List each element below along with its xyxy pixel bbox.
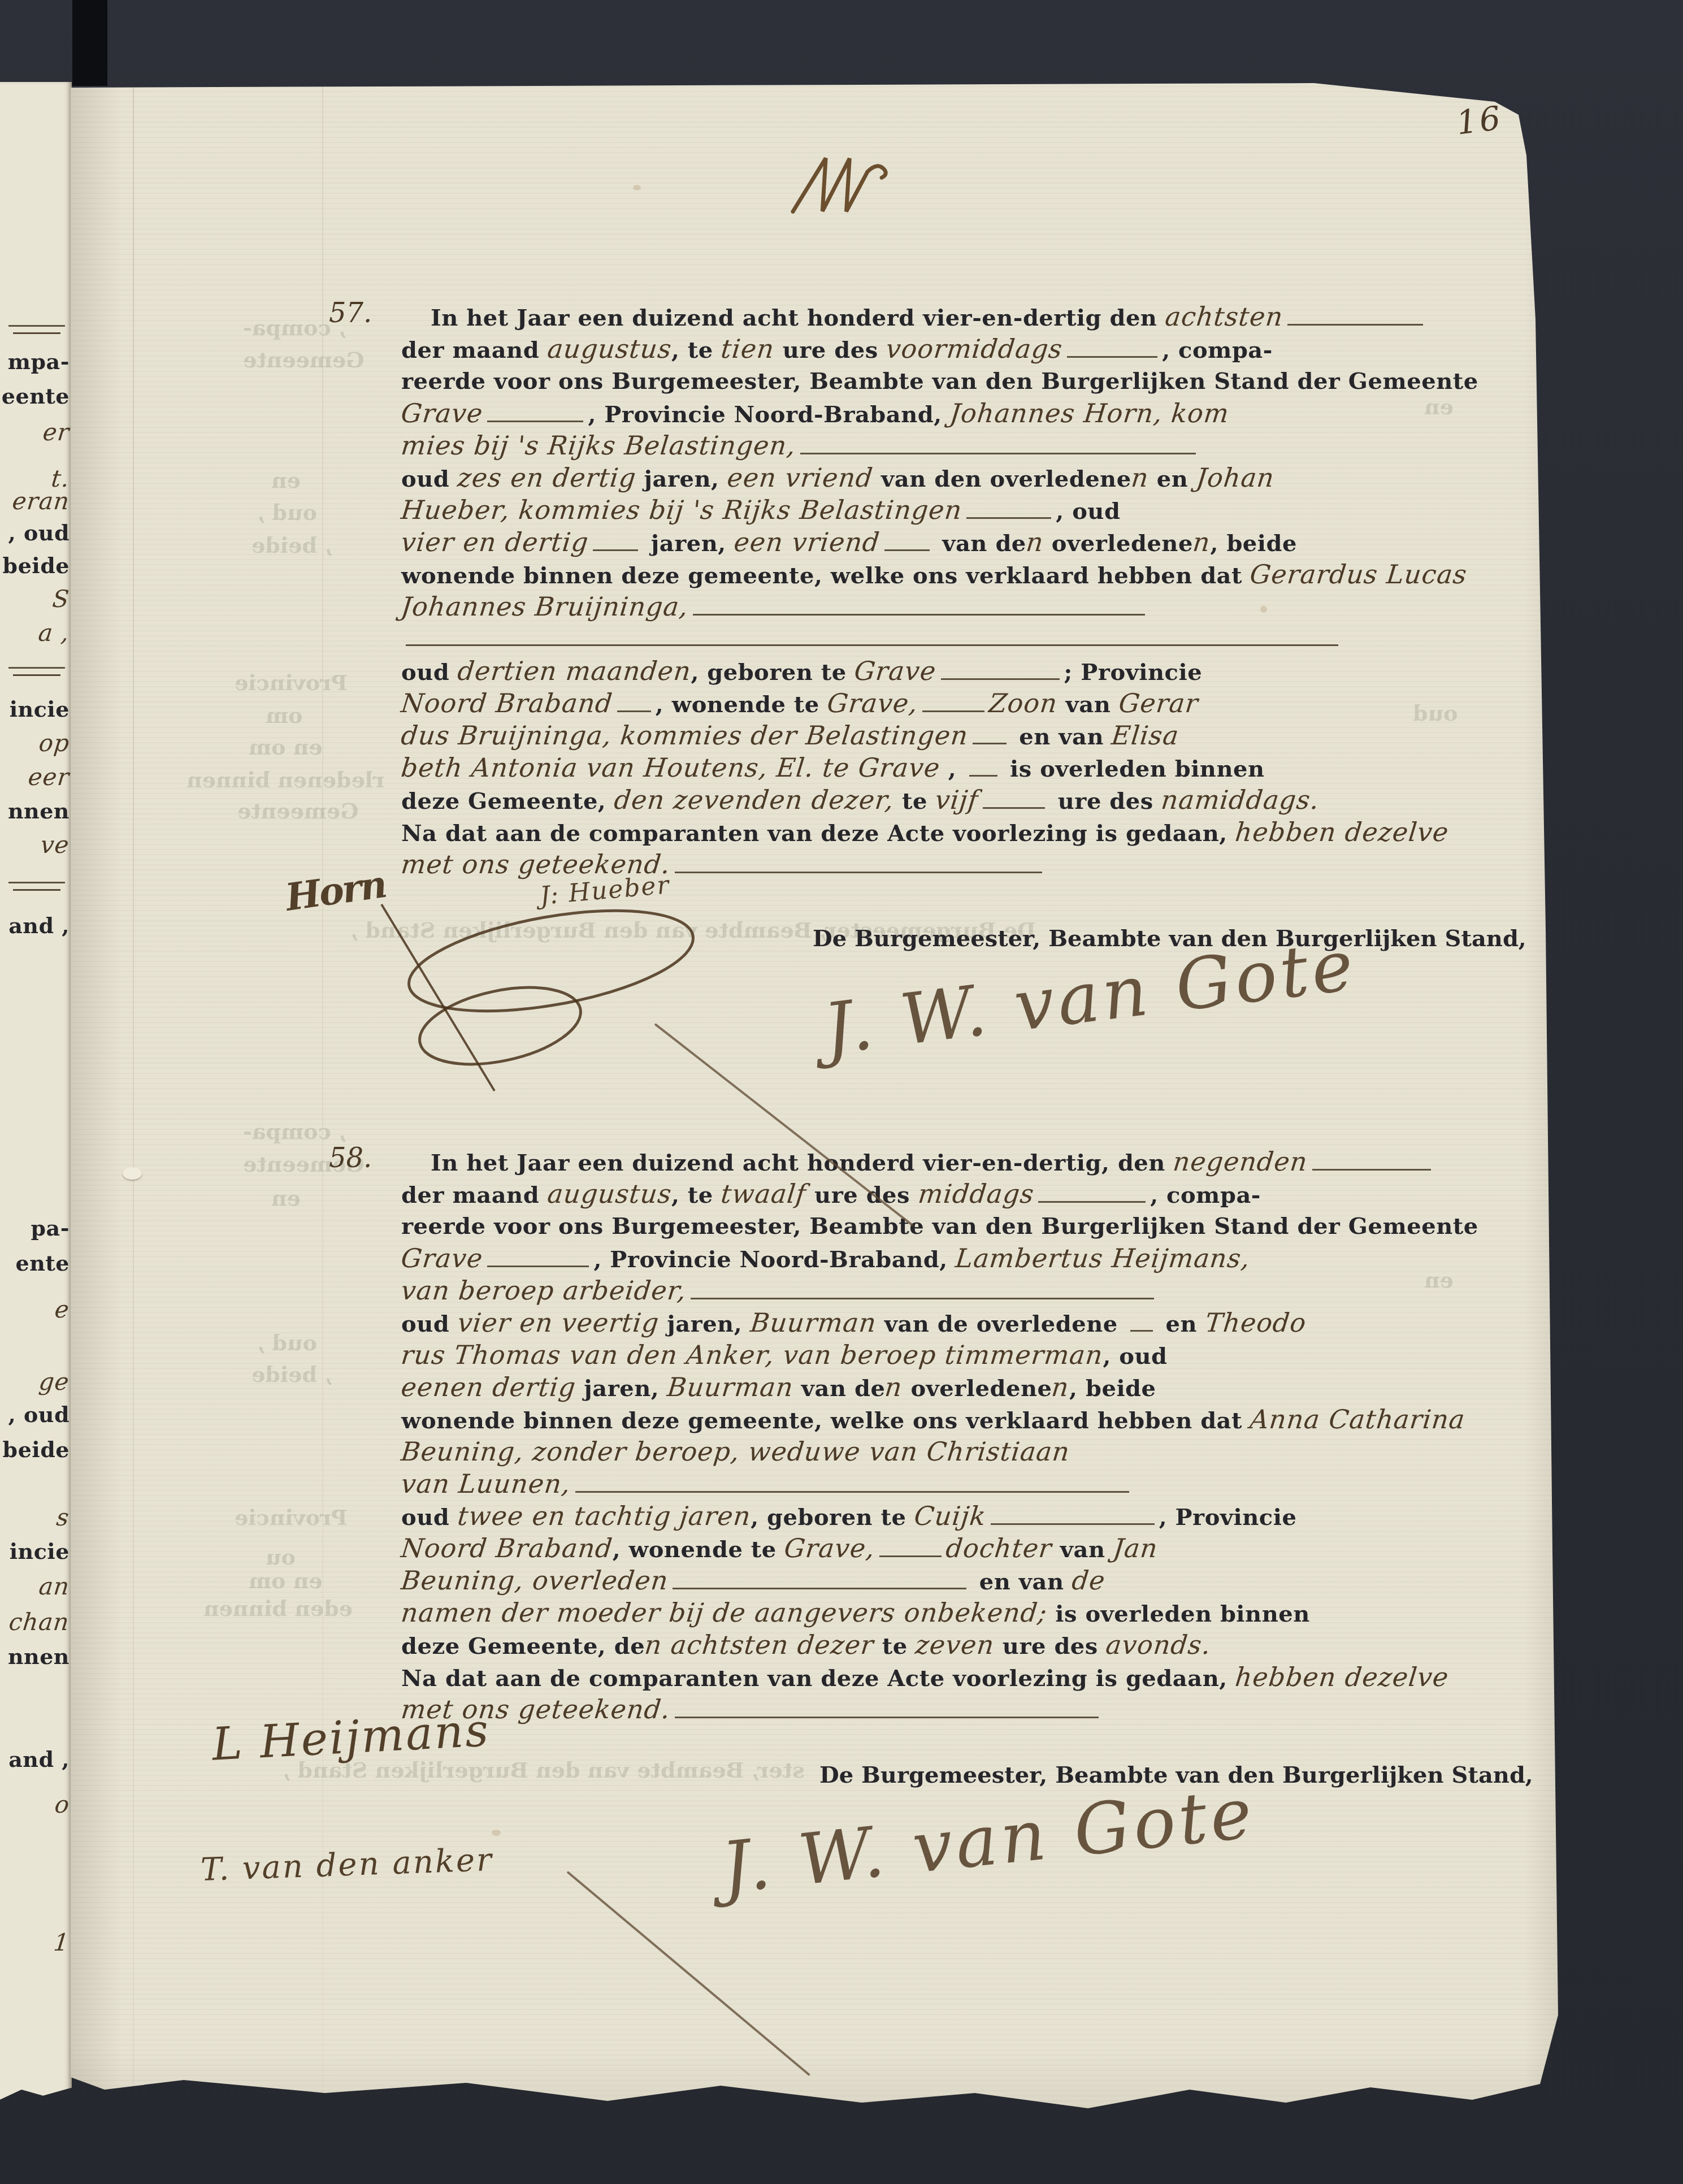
printed-form-text: , beide bbox=[1211, 530, 1297, 557]
fill-rule bbox=[13, 322, 60, 334]
handwritten-entry: mies bij 's Rijks Belastingen, bbox=[400, 430, 797, 462]
handwritten-entry: n bbox=[1050, 1371, 1071, 1403]
record-line: Beuning, overleden en van de bbox=[401, 1565, 1495, 1597]
bleed-through-text: Gemeente bbox=[237, 798, 359, 824]
printed-form-text: , beide bbox=[1069, 1375, 1156, 1402]
printed-form-text: der maand bbox=[401, 1182, 548, 1208]
prev-page-fragment: mpa- bbox=[8, 349, 70, 374]
prev-page-fragment: eran bbox=[11, 487, 71, 515]
printed-form-text: ; Provincie bbox=[1064, 659, 1203, 686]
scan-background: mpa-eenteert.eran, oudbeideSa ,incieopee… bbox=[0, 0, 1683, 2184]
bleed-through-text: om bbox=[266, 703, 303, 728]
bleed-through-text: en bbox=[271, 1185, 301, 1211]
prev-page-fragment: and , bbox=[8, 913, 70, 938]
prev-page-fragment: e bbox=[54, 1295, 71, 1323]
handwritten-entry: n bbox=[1130, 462, 1151, 494]
printed-form-text: deze Gemeente, de bbox=[401, 1633, 645, 1659]
handwritten-entry: dus Bruijninga, kommies der Belastingen bbox=[400, 720, 970, 752]
fill-rule bbox=[1038, 1189, 1146, 1203]
foxing-spot bbox=[633, 185, 641, 190]
printed-form-text: , wonende te bbox=[613, 1536, 784, 1563]
record-line: Noord Braband, wonende te Grave, dochter… bbox=[401, 1532, 1495, 1565]
printed-form-text: van de bbox=[793, 1375, 885, 1402]
handwritten-entry: zeven bbox=[914, 1629, 996, 1661]
bleed-through-text: , beide bbox=[251, 1362, 332, 1387]
handwritten-entry: Zoon bbox=[987, 687, 1059, 720]
handwritten-entry: namen der moeder bij de aangevers onbeke… bbox=[400, 1597, 1049, 1629]
fill-rule bbox=[693, 602, 1145, 616]
fill-rule bbox=[991, 1511, 1155, 1525]
prev-page-fragment: ve bbox=[40, 831, 71, 859]
record-line: namen der moeder bij de aangevers onbeke… bbox=[401, 1597, 1495, 1629]
handwritten-entry: Grave bbox=[853, 655, 938, 687]
prev-page-fragment: beide bbox=[3, 553, 70, 578]
fold-crease bbox=[133, 82, 134, 2117]
record-line: Na dat aan de comparanten van deze Acte … bbox=[401, 816, 1495, 848]
fill-rule bbox=[884, 538, 930, 551]
printed-form-text: en van bbox=[1011, 723, 1112, 750]
printed-form-text: van bbox=[1052, 1536, 1113, 1563]
printed-form-text: , te bbox=[671, 337, 721, 363]
prev-page-fragment: s bbox=[55, 1503, 71, 1531]
fill-rule bbox=[800, 441, 1196, 454]
record-line: Na dat aan de comparanten van deze Acte … bbox=[401, 1661, 1495, 1693]
printed-form-text: van bbox=[1057, 691, 1119, 718]
printed-form-text: jaren, bbox=[636, 466, 727, 492]
handwritten-entry: Elisa bbox=[1110, 720, 1181, 752]
record-line: wonende binnen deze gemeente, welke ons … bbox=[401, 1403, 1495, 1436]
handwritten-entry: beth Antonia van Houtens, El. te Grave bbox=[400, 752, 942, 784]
prev-page-fragment: eente bbox=[2, 383, 70, 409]
handwritten-entry: eenen dertig bbox=[400, 1371, 578, 1403]
handwritten-entry: een vriend bbox=[726, 462, 875, 494]
record-line: In het Jaar een duizend acht honderd vie… bbox=[401, 1146, 1495, 1178]
printed-form-text: van den overledene bbox=[873, 466, 1131, 492]
record-line: eenen dertig jaren, Buurman van den over… bbox=[401, 1371, 1495, 1403]
printed-form-text: wonende binnen deze gemeente, welke ons … bbox=[401, 1407, 1250, 1434]
prev-page-fragment: nnen bbox=[8, 1644, 70, 1669]
record-line: Johannes Bruijninga, bbox=[401, 591, 1495, 623]
printed-form-text: , geboren te bbox=[691, 659, 854, 686]
prev-page-fragment: , oud bbox=[8, 1402, 70, 1427]
bleed-through-text: oud , bbox=[257, 500, 317, 525]
printed-form-text: overledene bbox=[1043, 530, 1192, 557]
record-line: van Luunen, bbox=[401, 1468, 1495, 1500]
handwritten-entry: n bbox=[883, 1371, 904, 1403]
printed-form-text: , wonende te bbox=[656, 691, 827, 718]
fill-rule bbox=[406, 632, 1338, 646]
fill-rule bbox=[969, 763, 997, 777]
handwritten-entry: een vriend bbox=[732, 526, 882, 558]
fill-rule bbox=[1312, 1157, 1431, 1171]
fill-rule bbox=[922, 699, 984, 712]
handwritten-entry: Noord Braband bbox=[400, 1532, 614, 1565]
handwritten-entry: voormiddags bbox=[884, 333, 1064, 365]
handwritten-entry: den zevenden dezer, bbox=[613, 784, 896, 816]
record-number: 58. bbox=[329, 1142, 372, 1174]
bleed-through-text: en om bbox=[249, 1568, 323, 1593]
prev-page-fragment: 1 bbox=[53, 1929, 71, 1956]
printed-form-text: deze Gemeente, bbox=[401, 788, 614, 814]
handwritten-entry: avonds. bbox=[1104, 1629, 1212, 1661]
handwritten-entry: hebben dezelve bbox=[1234, 1661, 1450, 1693]
bleed-through-text: , beide bbox=[251, 532, 332, 558]
handwritten-entry: Johan bbox=[1195, 462, 1276, 494]
handwritten-entry: augustus bbox=[546, 1178, 673, 1210]
record-line: reerde voor ons Burgemeester, Beambte va… bbox=[401, 1210, 1495, 1242]
death-record-58: 58.In het Jaar een duizend acht honderd … bbox=[401, 1146, 1495, 1726]
record-line: reerde voor ons Burgemeester, Beambte va… bbox=[401, 365, 1495, 397]
record-number: 57. bbox=[329, 297, 372, 329]
printed-form-text: van de overledene bbox=[876, 1311, 1126, 1337]
handwritten-entry: de bbox=[1070, 1565, 1107, 1597]
prev-page-fragment: pa- bbox=[31, 1215, 70, 1241]
record-line: In het Jaar een duizend acht honderd vie… bbox=[401, 301, 1495, 333]
prev-page-fragment: beide bbox=[3, 1437, 70, 1462]
handwritten-entry: vier en veertig bbox=[456, 1307, 661, 1339]
handwritten-entry: vier en dertig bbox=[400, 526, 590, 558]
printed-form-text: oud bbox=[401, 1504, 458, 1531]
fill-rule bbox=[13, 878, 60, 891]
handwritten-entry: Beuning, zonder beroep, weduwe van Chris… bbox=[400, 1436, 1072, 1468]
bleed-through-text: en om bbox=[249, 734, 323, 760]
fill-rule bbox=[593, 538, 638, 551]
prev-page-fragment: a , bbox=[37, 619, 71, 647]
record-line: deze Gemeente, den zevenden dezer, te vi… bbox=[401, 784, 1495, 816]
record-line: Grave, Provincie Noord-Braband, Lambertu… bbox=[401, 1242, 1495, 1275]
printed-form-text: is overleden binnen bbox=[1047, 1601, 1310, 1627]
printed-form-text: In het Jaar een duizend acht honderd vie… bbox=[431, 305, 1165, 331]
paraph-mark bbox=[783, 144, 899, 240]
document-page: 16 , compa-Gemeenteenoud ,, beideProvinc… bbox=[71, 82, 1558, 2117]
printed-form-text: en van bbox=[971, 1568, 1072, 1595]
record-line: mies bij 's Rijks Belastingen, bbox=[401, 430, 1495, 462]
fill-rule bbox=[983, 795, 1045, 809]
fill-rule bbox=[966, 505, 1051, 519]
handwritten-entry: achtsten bbox=[1164, 301, 1285, 333]
printed-form-text: Na dat aan de comparanten van deze Acte … bbox=[401, 1665, 1235, 1692]
printed-form-text: , compa- bbox=[1162, 337, 1273, 363]
prev-page-fragment: , oud bbox=[8, 520, 70, 545]
printed-form-text: ure des bbox=[774, 337, 886, 363]
prev-page-fragment: ente bbox=[15, 1250, 70, 1276]
handwritten-entry: Grave bbox=[400, 397, 484, 430]
prev-page-fragment: er bbox=[41, 418, 71, 446]
printed-form-text: van de bbox=[934, 530, 1026, 557]
burgemeester-signature: J. W. van Gote bbox=[718, 1773, 1259, 1909]
handwritten-entry: Noord Braband bbox=[400, 687, 614, 720]
handwritten-entry: hebben dezelve bbox=[1234, 816, 1450, 848]
handwritten-entry: namiddags. bbox=[1160, 784, 1321, 816]
handwritten-entry: Gerar bbox=[1117, 687, 1200, 720]
record-line: oud zes en dertig jaren, een vriend van … bbox=[401, 462, 1495, 494]
printed-form-text: en bbox=[1157, 1311, 1205, 1337]
handwritten-entry: dertien maanden bbox=[456, 655, 693, 687]
handwritten-entry: Anna Catharina bbox=[1248, 1403, 1467, 1436]
handwritten-entry: dochter bbox=[944, 1532, 1053, 1565]
record-line: Beuning, zonder beroep, weduwe van Chris… bbox=[401, 1436, 1495, 1468]
printed-form-text: te bbox=[874, 1633, 916, 1659]
fill-rule bbox=[1067, 344, 1157, 358]
record-line: dus Bruijninga, kommies der Belastingen … bbox=[401, 720, 1495, 752]
prev-page-fragment: incie bbox=[10, 696, 70, 722]
fill-rule bbox=[1130, 1318, 1153, 1332]
binding-gap bbox=[72, 0, 107, 86]
handwritten-entry: tien bbox=[719, 333, 776, 365]
printed-form-text: der maand bbox=[401, 337, 548, 363]
printed-form-text: overledene bbox=[903, 1375, 1052, 1402]
bleed-through-text: eden binnen bbox=[203, 1596, 353, 1621]
handwritten-entry: Johannes Horn, kom bbox=[948, 397, 1231, 430]
record-line: oud twee en tachtig jaren, geboren te Cu… bbox=[401, 1500, 1495, 1532]
handwritten-entry: Theodo bbox=[1204, 1307, 1308, 1339]
fill-rule bbox=[691, 1286, 1154, 1299]
fill-rule bbox=[487, 409, 583, 422]
prev-page-fragment: chan bbox=[8, 1608, 71, 1636]
record-line bbox=[401, 623, 1495, 655]
signature-flourish bbox=[308, 887, 715, 1133]
record-line: vier en dertig jaren, een vriend van den… bbox=[401, 526, 1495, 558]
prev-page-fragment: and , bbox=[8, 1747, 70, 1772]
printed-form-text: , oud bbox=[1103, 1343, 1167, 1370]
printed-form-text: , oud bbox=[1056, 498, 1120, 525]
record-line: oud dertien maanden, geboren te Grave; P… bbox=[401, 655, 1495, 687]
fill-rule bbox=[1287, 312, 1423, 326]
bleed-through-text: Provincie bbox=[235, 1505, 348, 1530]
handwritten-entry: Beuning, overleden bbox=[400, 1565, 670, 1597]
prev-page-fragment bbox=[8, 870, 65, 883]
handwritten-entry: Grave bbox=[400, 1242, 484, 1275]
handwritten-entry: n achtsten dezer bbox=[643, 1629, 875, 1661]
handwritten-entry: negenden bbox=[1172, 1146, 1309, 1178]
handwritten-entry: Grave, bbox=[783, 1532, 877, 1565]
printed-form-text: reerde voor ons Burgemeester, Beambte va… bbox=[401, 368, 1478, 395]
handwritten-entry: Jan bbox=[1112, 1532, 1159, 1565]
prev-page-fragment: op bbox=[37, 729, 71, 757]
handwritten-entry: Grave, bbox=[826, 687, 919, 720]
fill-rule bbox=[675, 1705, 1099, 1718]
bleed-through-text: Gemeente bbox=[243, 347, 365, 372]
bleed-through-text: Provincie bbox=[235, 670, 348, 695]
handwritten-entry: Johannes Bruijninga, bbox=[400, 591, 690, 623]
fill-rule bbox=[879, 1544, 942, 1557]
prev-page-fragment bbox=[8, 314, 65, 327]
handwritten-entry: Buurman bbox=[749, 1307, 878, 1339]
handwritten-entry: van beroep arbeider, bbox=[400, 1275, 688, 1307]
prev-page-fragment: ge bbox=[38, 1368, 71, 1396]
handwritten-entry: middags bbox=[917, 1178, 1036, 1210]
handwritten-entry: rus Thomas van den Anker, van beroep tim… bbox=[400, 1339, 1104, 1371]
printed-form-text: wonende binnen deze gemeente, welke ons … bbox=[401, 562, 1250, 589]
fill-rule bbox=[13, 664, 60, 676]
record-line: oud vier en veertig jaren, Buurman van d… bbox=[401, 1307, 1495, 1339]
handwritten-entry: n bbox=[1025, 526, 1046, 558]
record-line: Hueber, kommies bij 's Rijks Belastingen… bbox=[401, 494, 1495, 526]
record-line: Noord Braband, wonende te Grave, Zoon va… bbox=[401, 687, 1495, 720]
printed-form-text: oud bbox=[401, 466, 458, 492]
printed-form-text: oud bbox=[401, 1311, 458, 1337]
record-line: wonende binnen deze gemeente, welke ons … bbox=[401, 558, 1495, 591]
printed-form-text: , geboren te bbox=[751, 1504, 914, 1531]
foxing-spot bbox=[492, 1830, 501, 1836]
fill-rule bbox=[675, 860, 1042, 873]
printed-form-text: en bbox=[1148, 466, 1196, 492]
previous-page-edge: mpa-eenteert.eran, oudbeideSa ,incieopee… bbox=[0, 82, 72, 2104]
printed-form-text: reerde voor ons Burgemeester, Beambte va… bbox=[401, 1213, 1478, 1240]
printed-form-text: Na dat aan de comparanten van deze Acte … bbox=[401, 820, 1235, 847]
record-line: Grave, Provincie Noord-Braband, Johannes… bbox=[401, 397, 1495, 430]
fill-rule bbox=[617, 699, 651, 712]
prev-page-fragment bbox=[8, 656, 65, 669]
prev-page-fragment: eer bbox=[27, 763, 71, 791]
bleed-through-text: ou bbox=[266, 1544, 296, 1570]
prev-page-fragment: nnen bbox=[8, 798, 70, 824]
printed-form-text: In het Jaar een duizend acht honderd vie… bbox=[431, 1150, 1173, 1176]
handwritten-entry: Hueber, kommies bij 's Rijks Belastingen bbox=[400, 494, 964, 526]
handwritten-entry: augustus bbox=[546, 333, 673, 365]
printed-form-text: te bbox=[894, 788, 936, 814]
record-line: deze Gemeente, den achtsten dezer te zev… bbox=[401, 1629, 1495, 1661]
printed-form-text: ure des bbox=[1049, 788, 1161, 814]
prev-page-fragment: an bbox=[37, 1572, 71, 1600]
printed-form-text: oud bbox=[401, 659, 458, 686]
prev-page-fragment: incie bbox=[10, 1539, 70, 1564]
prev-page-fragment: S bbox=[51, 585, 71, 613]
printed-form-text: , te bbox=[671, 1182, 721, 1208]
handwritten-entry: Buurman bbox=[666, 1371, 795, 1403]
handwritten-entry: vijf bbox=[934, 784, 980, 816]
record-line: van beroep arbeider, bbox=[401, 1275, 1495, 1307]
record-line: met ons geteekend. bbox=[401, 848, 1495, 881]
handwritten-entry: twee en tachtig jaren bbox=[456, 1500, 752, 1532]
printed-form-text: jaren, bbox=[643, 530, 734, 557]
record-line: met ons geteekend. bbox=[401, 1693, 1495, 1726]
death-record-57: 57.In het Jaar een duizend acht honderd … bbox=[401, 301, 1495, 881]
fill-rule bbox=[941, 666, 1060, 680]
bleed-through-text: en bbox=[271, 467, 301, 493]
fill-rule bbox=[575, 1479, 1129, 1493]
witness-signature: T. van den anker bbox=[200, 1841, 494, 1888]
page-number: 16 bbox=[1454, 98, 1504, 142]
record-line: rus Thomas van den Anker, van beroep tim… bbox=[401, 1339, 1495, 1371]
printed-form-text: , Provincie Noord-Braband, bbox=[593, 1246, 956, 1273]
record-line: der maand augustus, te twaalf ure des mi… bbox=[401, 1178, 1495, 1210]
printed-form-text: , Provincie Noord-Braband, bbox=[588, 401, 950, 428]
handwritten-entry: Gerardus Lucas bbox=[1248, 558, 1469, 591]
printed-form-text: , bbox=[940, 756, 964, 782]
handwritten-entry: zes en dertig bbox=[456, 462, 637, 494]
printed-form-text: is overleden binnen bbox=[1002, 756, 1265, 782]
printed-form-text: ure des bbox=[994, 1633, 1106, 1659]
fill-rule bbox=[973, 731, 1007, 744]
paper-flaw bbox=[123, 1167, 142, 1180]
bleed-through-text: oud , bbox=[257, 1330, 317, 1355]
handwritten-entry: van Luunen, bbox=[400, 1468, 572, 1500]
printed-form-text: jaren, bbox=[659, 1311, 751, 1337]
handwritten-entry: Lambertus Heijmans, bbox=[954, 1242, 1252, 1275]
prev-page-fragment: o bbox=[53, 1791, 71, 1818]
printed-form-text: jaren, bbox=[576, 1375, 667, 1402]
record-line: beth Antonia van Houtens, El. te Grave ,… bbox=[401, 752, 1495, 784]
bleed-through-text: rledenen binnen bbox=[186, 767, 384, 792]
fill-rule bbox=[673, 1576, 966, 1589]
handwritten-entry: n bbox=[1191, 526, 1212, 558]
fill-rule bbox=[487, 1254, 589, 1267]
record-line: der maand augustus, te tien ure des voor… bbox=[401, 333, 1495, 365]
handwritten-entry: twaalf bbox=[719, 1178, 808, 1210]
printed-form-text: , Provincie bbox=[1159, 1504, 1297, 1531]
printed-form-text: , compa- bbox=[1150, 1182, 1261, 1208]
handwritten-entry: Cuijk bbox=[913, 1500, 988, 1532]
